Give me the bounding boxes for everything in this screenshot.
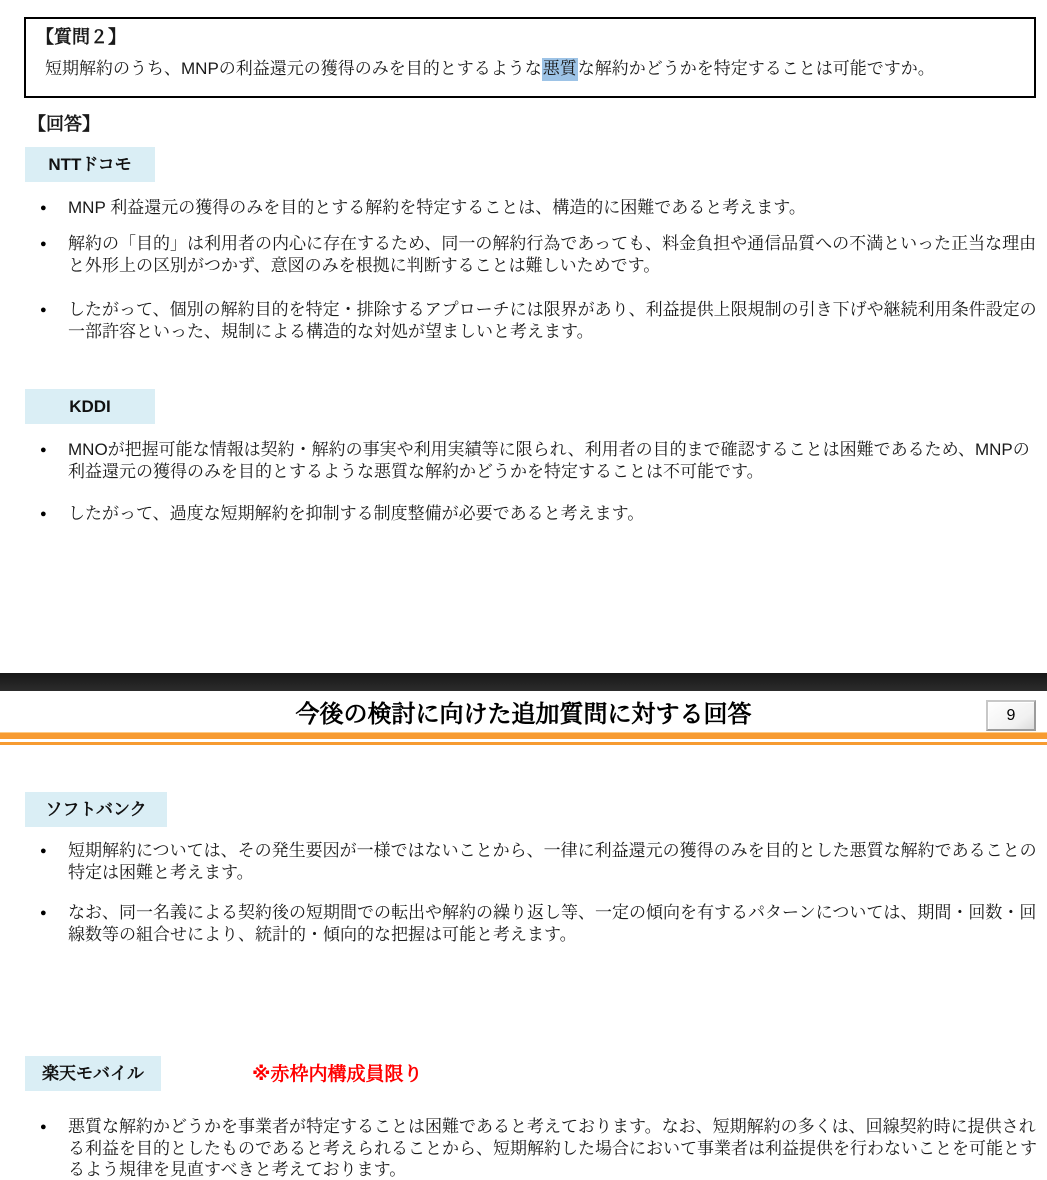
bullet-icon: ● <box>40 197 68 220</box>
slide-divider-bar <box>0 673 1047 691</box>
carrier-label-nttdocomo: NTTドコモ <box>25 147 155 182</box>
page-number: 9 <box>1007 707 1016 724</box>
bullet-icon: ● <box>40 299 68 322</box>
list-item: ● MNP 利益還元の獲得のみを目的とする解約を特定することは、構造的に困難であ… <box>40 197 1040 220</box>
list-item: ● 短期解約については、その発生要因が一様ではないことから、一律に利益還元の獲得… <box>40 840 1040 883</box>
title-underline-rule <box>0 732 1047 745</box>
question-heading: 【質問２】 <box>36 25 1024 49</box>
bullet-text: 短期解約については、その発生要因が一様ではないことから、一律に利益還元の獲得のみ… <box>68 840 1040 883</box>
page-number-badge: 9 <box>986 700 1036 731</box>
bullet-text: MNOが把握可能な情報は契約・解約の事実や利用実績等に限られ、利用者の目的まで確… <box>68 439 1040 482</box>
bullet-text: したがって、個別の解約目的を特定・排除するアプローチには限界があり、利益提供上限… <box>68 299 1040 342</box>
bullet-icon: ● <box>40 503 68 526</box>
question-text-before: 短期解約のうち、MNPの利益還元の獲得のみを目的とするような <box>45 59 542 78</box>
title-underline-band <box>0 732 1047 739</box>
bullet-icon: ● <box>40 439 68 462</box>
list-item: ● なお、同一名義による契約後の短期間での転出や解約の繰り返し等、一定の傾向を有… <box>40 902 1040 945</box>
bullet-text: 悪質な解約かどうかを事業者が特定することは困難であると考えております。なお、短期… <box>68 1116 1040 1180</box>
question-box: 【質問２】 短期解約のうち、MNPの利益還元の獲得のみを目的とするような悪質な解… <box>24 17 1036 98</box>
question-highlighted-word: 悪質 <box>542 58 578 81</box>
bullet-icon: ● <box>40 840 68 863</box>
restricted-note: ※赤枠内構成員限り <box>252 1062 422 1088</box>
bullet-icon: ● <box>40 233 68 256</box>
question-text-after: な解約かどうかを特定することは可能ですか。 <box>578 59 935 78</box>
list-item: ● 解約の「目的」は利用者の内心に存在するため、同一の解約行為であっても、料金負… <box>40 233 1040 276</box>
bullet-text: MNP 利益還元の獲得のみを目的とする解約を特定することは、構造的に困難であると… <box>68 197 1040 219</box>
list-item: ● MNOが把握可能な情報は契約・解約の事実や利用実績等に限られ、利用者の目的ま… <box>40 439 1040 482</box>
carrier-label-rakuten: 楽天モバイル <box>25 1056 161 1091</box>
bullet-text: したがって、過度な短期解約を抑制する制度整備が必要であると考えます。 <box>68 503 1040 525</box>
list-item: ● したがって、個別の解約目的を特定・排除するアプローチには限界があり、利益提供… <box>40 299 1040 342</box>
bullet-text: 解約の「目的」は利用者の内心に存在するため、同一の解約行為であっても、料金負担や… <box>68 233 1040 276</box>
bullet-icon: ● <box>40 902 68 925</box>
document-page: 【質問２】 短期解約のうち、MNPの利益還元の獲得のみを目的とするような悪質な解… <box>0 0 1047 1180</box>
bullet-icon: ● <box>40 1116 68 1139</box>
bullet-text: なお、同一名義による契約後の短期間での転出や解約の繰り返し等、一定の傾向を有する… <box>68 902 1040 945</box>
answer-heading: 【回答】 <box>28 112 100 136</box>
question-text: 短期解約のうち、MNPの利益還元の獲得のみを目的とするような悪質な解約かどうかを… <box>36 58 1024 80</box>
carrier-label-softbank: ソフトバンク <box>25 792 167 827</box>
title-underline-thin <box>0 742 1047 745</box>
carrier-label-kddi: KDDI <box>25 389 155 424</box>
list-item: ● したがって、過度な短期解約を抑制する制度整備が必要であると考えます。 <box>40 503 1040 526</box>
list-item: ● 悪質な解約かどうかを事業者が特定することは困難であると考えております。なお、… <box>40 1116 1040 1180</box>
slide-title: 今後の検討に向けた追加質問に対する回答 <box>0 697 1047 733</box>
